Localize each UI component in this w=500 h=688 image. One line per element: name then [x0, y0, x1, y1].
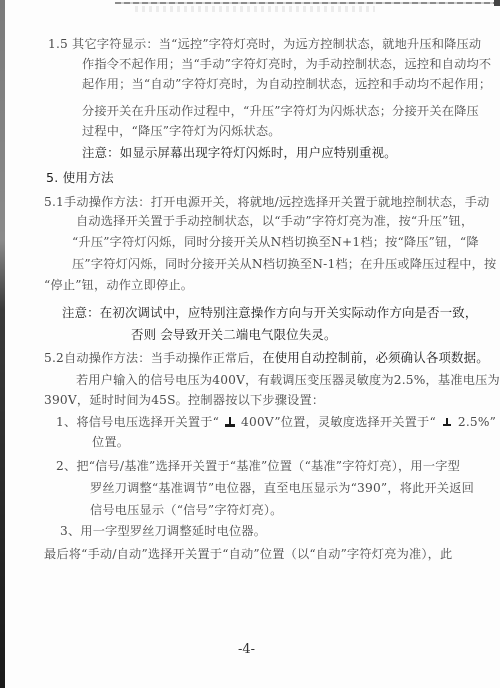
step-1-part-a: 1、将信号电压选择开关置于“	[56, 415, 219, 429]
page-number: -4-	[238, 642, 255, 657]
scan-top-edge	[115, 2, 495, 4]
manual-line-4: 压”字符灯闪烁，同时分接开关从N档切换至N-1档；在升压或降压过程中，按	[72, 256, 496, 272]
auto-example-line-2: 390V，延时时间为45S。控制器按以下步骤设置：	[44, 392, 324, 408]
scan-corner	[494, 0, 500, 6]
manual-note-line-1: 注意：在初次调试中，应特别注意操作方向与开关实际动作方向是否一致，	[62, 305, 478, 321]
step-3: 3、用一字型罗丝刀调整延时电位器。	[60, 523, 266, 539]
scanned-page: 1.5 其它字符显示：当“远控”字符灯亮时，为远方控制状态，就地升压和降压动 作…	[0, 0, 500, 688]
manual-line-3: “升压”字符灯闪烁，同时分接开关从N档切换至N+1档；按“降压”钮，“降	[72, 234, 479, 250]
scan-left-edge	[0, 0, 5, 688]
auto-final: 最后将“手动/自动”选择开关置于“自动”位置（以“自动”字符灯亮为准），此	[44, 546, 452, 562]
auto-intro-label: 5.2自动操作方法：当手动操作正常后，	[44, 351, 262, 365]
manual-line-1: 5.1手动操作方法：打开电源开关，将就地/远控选择开关置于就地控制状态，手动	[44, 194, 489, 210]
section-1-5-note: 注意：如显示屏幕出现字符灯闪烁时，用户应特别重视。	[82, 145, 397, 161]
step-1-value-a: 400V”位置，灵敏度选择开关置于“	[241, 415, 436, 429]
section-1-5-line-3: 起作用；当“自动”字符灯亮时，为自动控制状态，远控和手动均不起作用；	[82, 76, 491, 92]
manual-line-2: 自动选择开关置于手动控制状态，以“手动”字符灯亮为准，按“升压”钮，	[76, 213, 473, 229]
manual-line-5: “停止”钮，动作立即停止。	[44, 277, 193, 293]
step-2-line-1: 2、把“信号/基准”选择开关置于“基准”位置（“基准”字符灯亮），用一字型	[56, 458, 460, 474]
section-1-5-line-2: 作指令不起作用；当“手动”字符灯亮时，为手动控制状态，远控和自动均不	[82, 56, 491, 72]
ground-symbol-icon	[225, 417, 235, 427]
step-2-line-2: 罗丝刀调整“基准调节”电位器，直至电压显示为“390”，将此开关返回	[90, 480, 474, 496]
step-2-line-3: 信号电压显示（“信号”字符灯亮）。	[90, 502, 283, 518]
section-1-5-line-1: 1.5 其它字符显示：当“远控”字符灯亮时，为远方控制状态，就地升压和降压动	[48, 36, 481, 52]
scan-top-noise	[135, 6, 375, 12]
manual-note-line-2: 否则 会导致开关二端电气限位失灵。	[131, 327, 337, 343]
ground-symbol-icon	[442, 417, 452, 427]
section-1-5-line-4: 分接开关在升压动作过程中，“升压”字符灯为闪烁状态；分接开关在降压	[82, 103, 479, 119]
auto-step-1: 1、将信号电压选择开关置于“400V”位置，灵敏度选择开关置于“2.5%”	[56, 414, 496, 430]
auto-intro-warning: 在使用自动控制前，必须确认各项数据。	[262, 350, 489, 365]
section-5-heading: 5. 使用方法	[46, 170, 114, 186]
step-1-value-b: 2.5%”	[458, 415, 496, 429]
section-1-5-line-5: 过程中，“降压”字符灯为闪烁状态。	[82, 123, 281, 139]
step-1-continuation: 位置。	[92, 434, 129, 450]
auto-intro: 5.2自动操作方法：当手动操作正常后，在使用自动控制前，必须确认各项数据。	[44, 350, 489, 366]
auto-example-line-1: 若用户输入的信号电压为400V，有载调压变压器灵敏度为2.5%，基准电压为	[76, 372, 500, 388]
